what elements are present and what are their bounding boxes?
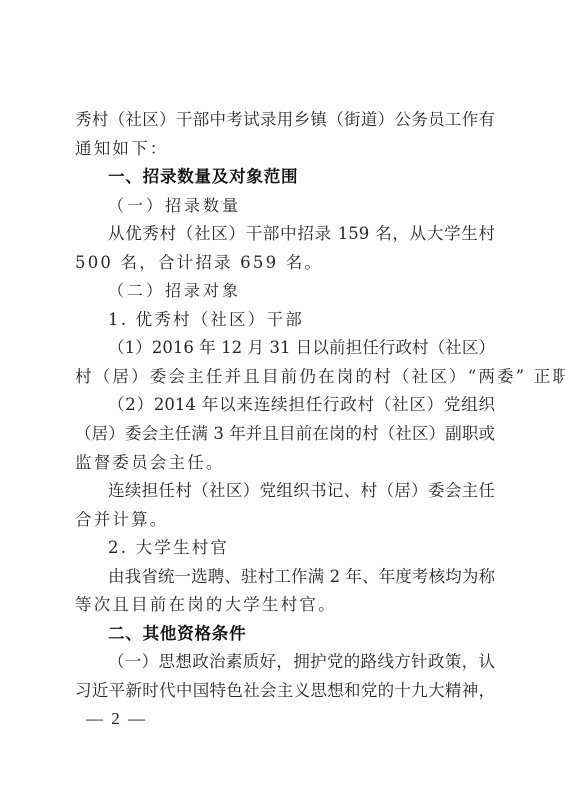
paragraph-line-qualification-2: 习近平新时代中国特色社会主义思想和党的十九大精神，具有一 [75,677,495,706]
paragraph-line-quota-1: 从优秀村（社区）干部中招录 159 名，从大学生村官中招录 [75,220,495,249]
paragraph-line-item2-2: （居）委会主任满 3 年并且目前在岗的村（社区）副职或者村务 [75,420,495,449]
document-body: 秀村（社区）干部中考试录用乡镇（街道）公务员工作有关事项 通知如下： 一、招录数… [75,106,495,705]
paragraph-line-quota-2: 500 名，合计招录 659 名。 [75,249,495,278]
section-heading-1: 一、招录数量及对象范围 [75,163,495,192]
paragraph-line-combined-1: 连续担任村（社区）党组织书记、村（居）委会主任时间可 [75,477,495,506]
paragraph-line-item2-1: （2）2014 年以来连续担任行政村（社区）党组织书记、村 [75,391,495,420]
document-page: 秀村（社区）干部中考试录用乡镇（街道）公务员工作有关事项 通知如下： 一、招录数… [0,0,565,800]
paragraph-line-qualification-1: （一）思想政治素质好，拥护党的路线方针政策，认真学习 [75,648,495,677]
paragraph-line-college-2: 等次且目前在岗的大学生村官。 [75,591,495,620]
paragraph-line-item1-1: （1）2016 年 12 月 31 日以前担任行政村（社区）党组织书记、 [75,334,495,363]
paragraph-line-college-1: 由我省统一选聘、驻村工作满 2 年、年度考核均为称职以上 [75,563,495,592]
subsection-heading-quota: （一）招录数量 [75,192,495,221]
paragraph-line-item1-2: 村（居）委会主任并且目前仍在岗的村（社区）“两委” 正职。 [75,363,495,392]
paragraph-line-intro-1: 秀村（社区）干部中考试录用乡镇（街道）公务员工作有关事项 [75,106,495,135]
section-heading-2: 二、其他资格条件 [75,620,495,649]
item-heading-village-cadres: 1. 优秀村（社区）干部 [75,306,495,335]
paragraph-line-item2-3: 监督委员会主任。 [75,449,495,478]
subsection-heading-targets: （二）招录对象 [75,277,495,306]
paragraph-line-combined-2: 合并计算。 [75,506,495,535]
paragraph-line-intro-2: 通知如下： [75,135,495,164]
item-heading-college-village-officials: 2. 大学生村官 [75,534,495,563]
page-number: — 2 — [86,708,147,730]
